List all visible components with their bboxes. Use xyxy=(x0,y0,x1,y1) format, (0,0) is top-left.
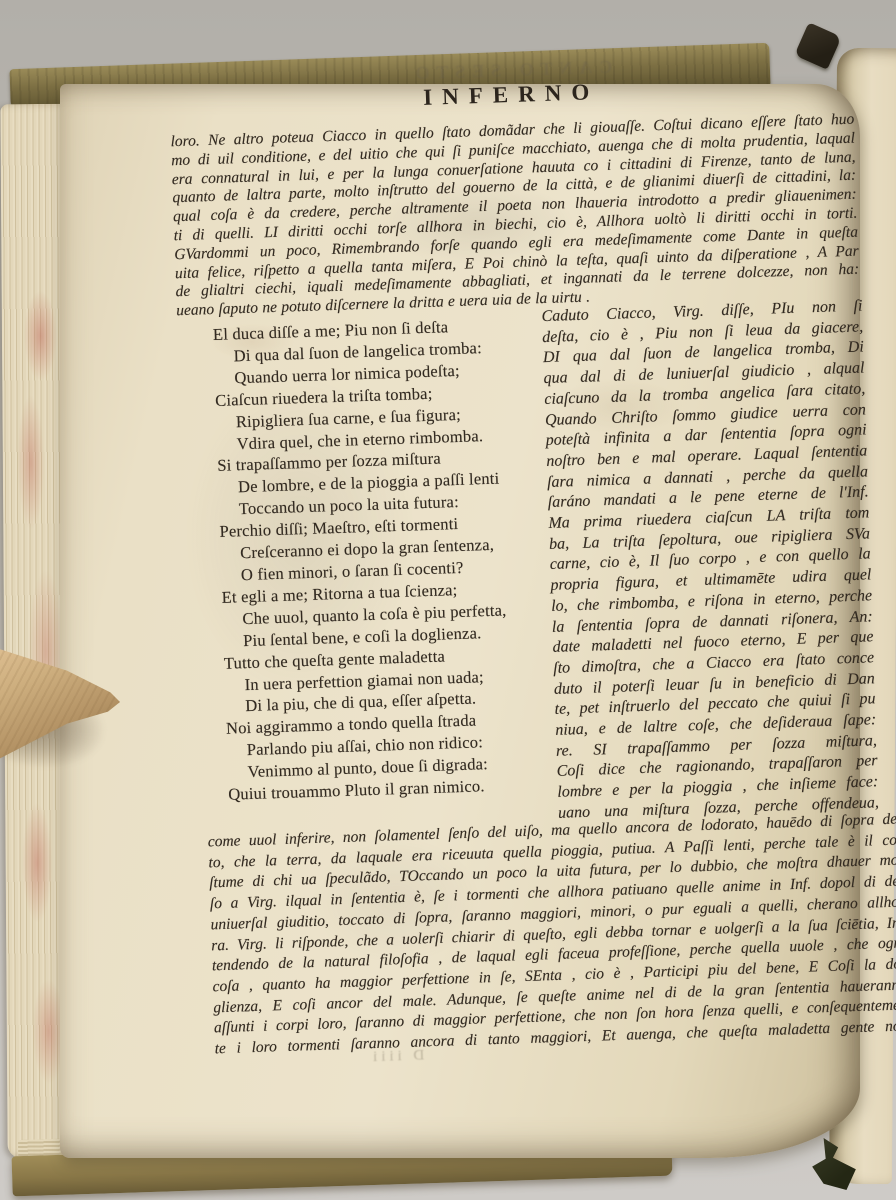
right-commentary-column: Caduto Ciacco, Virg. diſſe, PIu non ſide… xyxy=(541,296,879,824)
poem-column: El duca diſſe a me; Piu non ſi deſtaDi q… xyxy=(213,313,559,806)
showthrough-signature: D iiii xyxy=(369,1047,425,1066)
top-commentary: loro. Ne altro poteua Ciacco in quello ſ… xyxy=(170,111,860,322)
book-photograph: CANTO SESTO INFERNO loro. Ne altro poteu… xyxy=(0,0,896,1200)
page-text: CANTO SESTO INFERNO loro. Ne altro poteu… xyxy=(168,47,886,1109)
bottom-commentary: come uuol inferire, non ſolamentel ſenſo… xyxy=(208,809,896,1060)
